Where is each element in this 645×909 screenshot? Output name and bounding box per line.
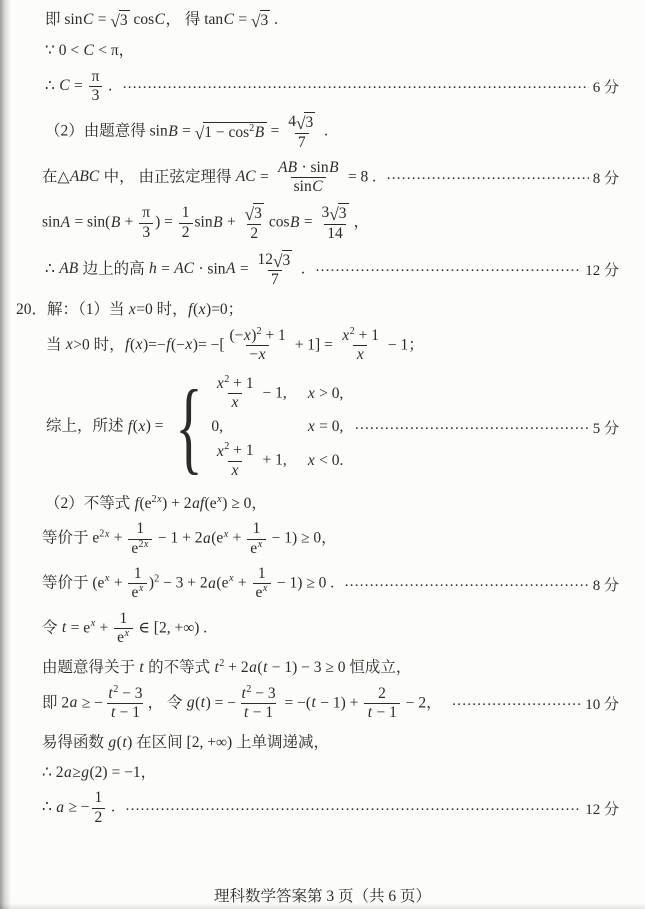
math-text: （2）由题意得 sin — [45, 123, 168, 140]
fraction-numerator: 3√3 — [319, 203, 352, 223]
dot-leader: …………………………………………………………………………………………………………… — [344, 574, 589, 591]
fraction-denominator: t − 1 — [364, 703, 400, 722]
cases-row: x2 + 1x − 1,x > 0, — [211, 375, 343, 413]
math-text: 即 2 — [42, 694, 69, 711]
math-text: · sin — [195, 260, 226, 277]
fraction-denominator: 2 — [247, 224, 261, 243]
fraction-numerator: 1 — [250, 520, 264, 538]
math-text: 的不等式 — [144, 659, 214, 676]
fraction-denominator: 2 — [92, 808, 106, 827]
math-text: = — [236, 260, 253, 277]
math-text: ≥ − — [78, 694, 103, 711]
fraction-denominator: ex — [114, 628, 132, 647]
dot-leader: …………………………………………………………………………………………………………… — [452, 693, 582, 710]
fraction-numerator: 12√3 — [254, 250, 295, 270]
math-text: 1 — [134, 565, 142, 582]
formula-line: ∴ AB 边上的高 h = AC · sinA = 12√37 .…………………… — [0, 250, 619, 290]
fraction-denominator: sinC — [291, 177, 326, 196]
radical-body: 3 — [282, 250, 293, 270]
math-text: 综上，所述 — [46, 418, 127, 435]
fraction: π3 — [139, 204, 153, 242]
cases-brace-icon: { — [176, 371, 203, 483]
math-text: >0 时， — [73, 336, 124, 353]
math-text: + 1 — [229, 375, 253, 392]
fraction-numerator: 1 — [92, 789, 106, 807]
math-text: 3 — [261, 12, 269, 29]
radical: √1 − cos2B — [195, 122, 267, 142]
fraction-denominator: 14 — [324, 224, 346, 243]
math-text: 2 — [152, 494, 157, 505]
math-text: + — [229, 530, 246, 547]
radical-body: 1 − cos2B — [203, 122, 266, 142]
radical-body: 3 — [260, 10, 271, 30]
math-variable: a — [64, 764, 73, 781]
math-text: = 8 . — [344, 168, 376, 185]
fraction: √32 — [242, 203, 267, 243]
superscript: x — [124, 628, 130, 639]
math-text: ) = — [155, 214, 177, 231]
math-text: − 1) ≥ 0， — [268, 530, 337, 547]
dot-leader: …………………………………………………………………………………………………………… — [125, 798, 581, 815]
math-variable: ABC — [69, 168, 99, 185]
math-text: (e — [211, 530, 223, 547]
formula-content: ∵ 0 < C < π， — [45, 38, 134, 60]
math-text: (e — [205, 495, 217, 512]
fraction-numerator: 2 — [375, 685, 389, 703]
math-text: 2 — [378, 685, 386, 702]
math-text: − 1 — [249, 704, 273, 721]
math-variable: x — [138, 583, 144, 594]
fraction: 12√37 — [254, 250, 295, 290]
math-text: − 1 — [116, 704, 140, 721]
math-text: = e — [67, 619, 90, 636]
dot-leader: …………………………………………………………………………………………………………… — [122, 76, 589, 93]
math-text: + 1 — [355, 327, 379, 344]
fraction-denominator: 3 — [89, 86, 103, 105]
math-text: 3 — [322, 204, 330, 221]
math-variable: AC — [174, 260, 195, 277]
math-text: = sin( — [71, 214, 111, 231]
formula-line: ∴ 2a≥g(2) = −1， — [0, 759, 619, 782]
fraction-denominator: 7 — [268, 270, 282, 289]
fraction: x2 + 1x — [339, 327, 382, 365]
fraction-denominator: 7 — [295, 133, 309, 152]
math-text: (e — [216, 575, 228, 592]
math-variable: AB — [278, 159, 298, 176]
formula-content: 20．解：（1）当 x=0 时，f(x)=0； — [16, 297, 243, 319]
formula-content: sinA = sin(B + π3) = 12sinB + √32cosB = … — [42, 203, 369, 243]
radical: √3 — [329, 203, 348, 223]
math-variable: B — [329, 159, 339, 176]
score-label: 8 分 — [593, 167, 619, 188]
math-variable: C — [223, 11, 234, 28]
math-text: ∴ — [42, 799, 56, 816]
fraction: x2 + 1x — [213, 375, 256, 413]
fraction-denominator: x — [353, 345, 367, 364]
fraction-numerator: 4√3 — [285, 112, 318, 132]
formula-content: （2）不等式 f(e2x) + 2af(ex) ≥ 0， — [45, 491, 267, 513]
score-label: 8 分 — [593, 574, 619, 595]
formula-line: 令 t = ex + 1ex ∈ [2, +∞) . — [0, 610, 619, 648]
score-label: 12 分 — [585, 259, 619, 280]
math-text: =0 时， — [136, 301, 187, 318]
math-text: e — [117, 629, 124, 646]
math-variable: AB — [59, 260, 79, 277]
math-text: ， 令 — [148, 694, 187, 711]
math-text: (− — [171, 336, 185, 353]
fraction: 1ex — [114, 610, 132, 648]
math-text: = — [300, 214, 317, 231]
math-text: . — [320, 123, 328, 140]
fraction-numerator: x2 + 1 — [213, 375, 256, 393]
math-variable: x — [257, 539, 263, 550]
formula-line: （2）由题意得 sinB = √1 − cos2B = 4√37 . — [0, 112, 619, 152]
fraction: 4√37 — [285, 112, 318, 152]
math-text: sin — [42, 214, 60, 231]
formula-content: 等价于 (ex + 1ex)2 − 3 + 2a(ex + 1ex − 1) ≥… — [42, 565, 334, 603]
radical-body: 3 — [304, 112, 315, 132]
math-text: 3 — [120, 12, 128, 29]
math-text: ≥ − — [65, 799, 90, 816]
math-text: 在△ — [42, 168, 69, 185]
fraction: t2 − 3t − 1 — [105, 685, 146, 723]
math-text: 令 — [42, 619, 61, 636]
fraction-denominator: x — [228, 393, 242, 412]
math-text: ) ≥ 0， — [222, 495, 267, 512]
math-text: = — [94, 11, 111, 28]
math-text: − 1) ≥ 0 . — [273, 575, 334, 592]
formula-content: 易得函数 g(t) 在区间 [2, +∞) 上单调递减， — [42, 730, 329, 752]
math-variable: B — [254, 124, 264, 141]
math-text: 3 — [339, 205, 347, 222]
math-text: = 0, — [315, 418, 343, 435]
math-text: − 3 — [118, 685, 142, 702]
math-text: 14 — [327, 225, 343, 242]
radical-body: 3 — [119, 10, 130, 30]
math-text: ) = − — [206, 694, 236, 711]
dot-leader: …………………………………………………………………………………………………………… — [315, 259, 581, 276]
math-text: − 1) + — [316, 694, 362, 711]
math-text: )=− — [143, 336, 166, 353]
fraction-numerator: 1 — [179, 204, 193, 222]
math-text: 易得函数 — [42, 734, 108, 751]
math-text: = — [267, 123, 284, 140]
fraction-denominator: t − 1 — [107, 703, 143, 722]
cases-rows: x2 + 1x − 1,x > 0,0,x = 0,x2 + 1x + 1,x … — [211, 375, 343, 480]
formula-line: 易得函数 g(t) 在区间 [2, +∞) 上单调递减， — [0, 729, 619, 752]
math-text: 4 — [288, 113, 296, 130]
fraction-numerator: t2 − 3 — [105, 685, 146, 703]
math-text: )= −[ — [193, 336, 225, 353]
math-text: 中， 由正弦定理得 — [100, 168, 236, 185]
formula-line: ∴ C = π3 .………………………………………………………………………………… — [0, 68, 619, 106]
math-text: 边上的高 — [79, 260, 149, 277]
math-text: cos — [269, 214, 290, 231]
math-text: 3 — [283, 252, 291, 269]
math-text: ( — [257, 659, 262, 676]
math-variable: a — [56, 799, 65, 816]
formula-content: 令 t = ex + 1ex ∈ [2, +∞) . — [42, 610, 207, 648]
math-text: 由题意得关于 — [42, 659, 139, 676]
radical: √3 — [251, 10, 270, 30]
case-condition: x < 0. — [307, 452, 343, 470]
math-text: = −( — [281, 694, 311, 711]
math-text: . — [107, 799, 115, 816]
math-text: 12 — [257, 251, 273, 268]
case-expression: x2 + 1x − 1, — [211, 375, 307, 413]
math-text: + 1, — [259, 452, 287, 469]
math-text: ∴ — [45, 260, 59, 277]
formula-content: 即 sinC = √3 cosC， 得 tanC = √3 . — [45, 7, 278, 31]
formula-content: （2）由题意得 sinB = √1 − cos2B = 4√37 . — [45, 112, 328, 152]
fraction-numerator: π — [139, 204, 153, 222]
math-text: cos — [130, 11, 155, 28]
math-text: 7 — [298, 134, 306, 151]
math-variable: x — [342, 327, 350, 344]
radical: √3 — [296, 112, 315, 132]
math-text: · sin — [298, 159, 329, 176]
cases-group: {x2 + 1x − 1,x > 0,0,x = 0,x2 + 1x + 1,x… — [168, 371, 343, 483]
math-text: 1 — [258, 565, 266, 582]
math-text: 3 — [142, 224, 150, 241]
formula-content: 在△ABC 中， 由正弦定理得 AC = AB · sinBsinC = 8 . — [42, 159, 376, 197]
fraction: AB · sinBsinC — [275, 159, 342, 197]
fraction-denominator: x — [228, 461, 242, 480]
math-variable: x — [231, 462, 239, 479]
fraction-numerator: x2 + 1 — [213, 442, 256, 460]
math-text: + — [121, 214, 138, 231]
math-variable: g — [186, 694, 195, 711]
math-variable: C — [312, 178, 323, 195]
math-variable: C — [59, 77, 70, 94]
math-text: (e — [139, 495, 151, 512]
fraction-numerator: 1 — [133, 520, 147, 538]
math-text: − 3 + 2 — [159, 575, 207, 592]
math-text: 7 — [271, 271, 279, 288]
formula-line: 在△ABC 中， 由正弦定理得 AC = AB · sinBsinC = 8 .… — [0, 159, 619, 197]
fraction: 12 — [179, 204, 193, 242]
math-text: 20．解：（1）当 — [16, 301, 128, 318]
math-text: ， — [354, 214, 370, 231]
math-variable: A — [60, 214, 70, 231]
superscript: x — [138, 583, 144, 594]
cases-row: 0,x = 0, — [211, 418, 343, 436]
formula-content: ∴ C = π3 . — [45, 68, 112, 106]
fraction-numerator: x2 + 1 — [339, 327, 382, 345]
fraction: π3 — [89, 68, 103, 106]
formula-line: ∴ a ≥ −12 .……………………………………………………………………………… — [0, 789, 619, 827]
page-footer: 理科数学答案第 3 页（共 6 页） — [0, 884, 645, 906]
math-text: + 1 — [262, 327, 286, 344]
math-text: = — [157, 260, 174, 277]
formula-line: （2）不等式 f(e2x) + 2af(ex) ≥ 0， — [0, 490, 619, 513]
superscript: x — [262, 583, 268, 594]
math-text: sin — [294, 178, 312, 195]
formula-content: ∴ a ≥ −12 . — [42, 789, 115, 827]
math-text: . — [297, 260, 305, 277]
scanned-answer-page: 即 sinC = √3 cosC， 得 tanC = √3 .∵ 0 < C <… — [0, 0, 645, 909]
math-text: ∴ 2 — [42, 764, 64, 781]
math-text: 当 — [46, 336, 65, 353]
math-text: + — [234, 575, 251, 592]
formula-line: 由题意得关于 t 的不等式 t2 + 2a(t − 1) − 3 ≥ 0 恒成立… — [0, 655, 619, 678]
formula-line: 即 2a ≥ −t2 − 3t − 1， 令 g(t) = −t2 − 3t −… — [0, 685, 619, 723]
fraction-denominator: ex — [253, 583, 271, 602]
formula-line: 等价于 e2x + 1e2x − 1 + 2a(ex + 1ex − 1) ≥ … — [0, 520, 619, 558]
formula-line: 即 sinC = √3 cosC， 得 tanC = √3 . — [0, 7, 619, 31]
score-label: 6 分 — [593, 76, 619, 97]
math-variable: a — [202, 530, 211, 547]
math-text: < 0. — [315, 452, 343, 469]
fraction-denominator: e2x — [128, 539, 152, 558]
math-variable: h — [148, 260, 157, 277]
fraction-numerator: 1 — [255, 565, 269, 583]
fraction-denominator: 3 — [139, 223, 153, 242]
fraction: x2 + 1x — [213, 442, 256, 480]
score-label: 5 分 — [593, 417, 619, 438]
math-text: − — [249, 346, 258, 363]
math-text: 3 — [305, 114, 313, 131]
fraction: 1ex — [247, 520, 265, 558]
radical: √3 — [273, 250, 292, 270]
math-text: ) = — [146, 418, 168, 435]
math-variable: B — [168, 123, 178, 140]
formula-content: 综上，所述 f(x) = {x2 + 1x − 1,x > 0,0,x = 0,… — [46, 371, 344, 483]
math-text: < π， — [94, 42, 134, 59]
math-text: − 3 — [251, 685, 275, 702]
math-text: 0, — [211, 418, 223, 435]
math-variable: x — [258, 346, 266, 363]
fraction-denominator: ex — [128, 583, 146, 602]
formula-content: 当 x>0 时，f(x)=−f(−x)= −[(−x)2 + 1−x + 1] … — [46, 327, 424, 365]
math-text: 2 — [250, 225, 258, 242]
math-text: − 1 + 2 — [154, 530, 202, 547]
math-text: = — [256, 168, 273, 185]
math-text: 1 — [136, 520, 144, 537]
fraction-denominator: 2 — [179, 223, 193, 242]
radical-body: 3 — [253, 203, 264, 223]
math-text: + — [223, 214, 240, 231]
math-text: 2 — [182, 224, 190, 241]
math-text: ) + 2 — [162, 495, 191, 512]
dot-leader: …………………………………………………………………………………………………………… — [386, 167, 589, 184]
math-variable: A — [226, 260, 236, 277]
math-text: = — [235, 11, 252, 28]
math-variable: B — [213, 214, 223, 231]
math-variable: x — [124, 628, 130, 639]
math-variable: B — [290, 214, 300, 231]
math-text: )=0； — [206, 301, 243, 318]
math-text: 3 — [92, 87, 100, 104]
formula-line: 20．解：（1）当 x=0 时，f(x)=0； — [0, 297, 619, 320]
formula-content: ∴ AB 边上的高 h = AC · sinA = 12√37 . — [45, 250, 305, 290]
math-text: ≥ — [72, 764, 81, 781]
math-variable: x — [185, 336, 193, 353]
radical: √3 — [110, 10, 129, 30]
formula-line: 当 x>0 时，f(x)=−f(−x)= −[(−x)2 + 1−x + 1] … — [0, 327, 619, 365]
case-condition: x > 0, — [307, 385, 343, 403]
math-variable: C — [82, 11, 93, 28]
math-variable: C — [83, 42, 94, 59]
math-text: 1 — [119, 610, 127, 627]
fraction-numerator: (−x)2 + 1 — [226, 327, 288, 345]
math-variable: AC — [235, 168, 256, 185]
math-text: + 1] = — [291, 336, 337, 353]
radical-body: 3 — [338, 203, 349, 223]
math-text: 3 — [254, 205, 262, 222]
math-text: ∵ 0 < — [45, 42, 83, 59]
math-text: = — [70, 77, 87, 94]
radical: √3 — [245, 203, 264, 223]
math-text: (2) = −1， — [90, 764, 157, 781]
math-text: (− — [229, 327, 243, 344]
fraction-denominator: t − 1 — [241, 703, 277, 722]
math-variable: a — [69, 694, 78, 711]
math-text: 1 − cos — [204, 124, 249, 141]
superscript: 2x — [138, 539, 149, 550]
fraction-denominator: ex — [247, 539, 265, 558]
math-text: sin — [195, 214, 213, 231]
math-variable: x — [231, 394, 239, 411]
math-text: ， 得 tan — [165, 11, 223, 28]
fraction: t2 − 3t − 1 — [238, 685, 279, 723]
math-variable: g — [81, 764, 90, 781]
fraction-numerator: t2 − 3 — [238, 685, 279, 703]
fraction: 3√314 — [319, 203, 352, 243]
math-text: （2）不等式 — [45, 495, 134, 512]
math-text: + — [110, 530, 127, 547]
superscript: 2x — [152, 494, 163, 505]
math-variable: B — [110, 214, 120, 231]
math-variable: x — [138, 418, 146, 435]
math-variable: x — [356, 346, 364, 363]
math-variable: x — [143, 539, 149, 550]
fraction-numerator: 1 — [131, 565, 145, 583]
fraction: 1e2x — [128, 520, 152, 558]
math-text: 2 — [95, 809, 103, 826]
math-text: − 2， — [402, 694, 442, 711]
math-text: 即 sin — [45, 11, 82, 28]
superscript: 2x — [99, 529, 110, 540]
math-text: ∈ [2, +∞) . — [135, 619, 208, 636]
math-text: . — [104, 77, 112, 94]
math-text: + — [96, 619, 113, 636]
score-label: 10 分 — [585, 693, 619, 714]
fraction-numerator: √3 — [242, 203, 267, 223]
math-text: + — [110, 575, 127, 592]
formula-content: 即 2a ≥ −t2 − 3t − 1， 令 g(t) = −t2 − 3t −… — [42, 685, 442, 723]
dot-leader: …………………………………………………………………………………………………………… — [354, 417, 588, 434]
fraction-numerator: AB · sinB — [275, 159, 342, 177]
math-text: ) 在区间 [2, +∞) 上单调递减， — [127, 734, 329, 751]
math-variable: C — [154, 11, 165, 28]
fraction: 12 — [92, 789, 106, 827]
case-expression: 0, — [211, 418, 307, 436]
math-text: 1 — [253, 520, 261, 537]
superscript: x — [257, 539, 263, 550]
math-text: 1 — [95, 789, 103, 806]
math-text: = — [178, 123, 195, 140]
math-text: 等价于 (e — [42, 575, 104, 592]
formula-line: ∵ 0 < C < π， — [0, 38, 619, 61]
math-text: + 1 — [229, 443, 253, 460]
fraction: (−x)2 + 1−x — [226, 327, 288, 365]
fraction: 2t − 1 — [364, 685, 400, 723]
solution-lines-container: 即 sinC = √3 cosC， 得 tanC = √3 .∵ 0 < C <… — [0, 7, 619, 834]
fraction-numerator: 1 — [116, 610, 130, 628]
math-variable: x — [198, 301, 206, 318]
fraction: 1ex — [128, 565, 146, 603]
